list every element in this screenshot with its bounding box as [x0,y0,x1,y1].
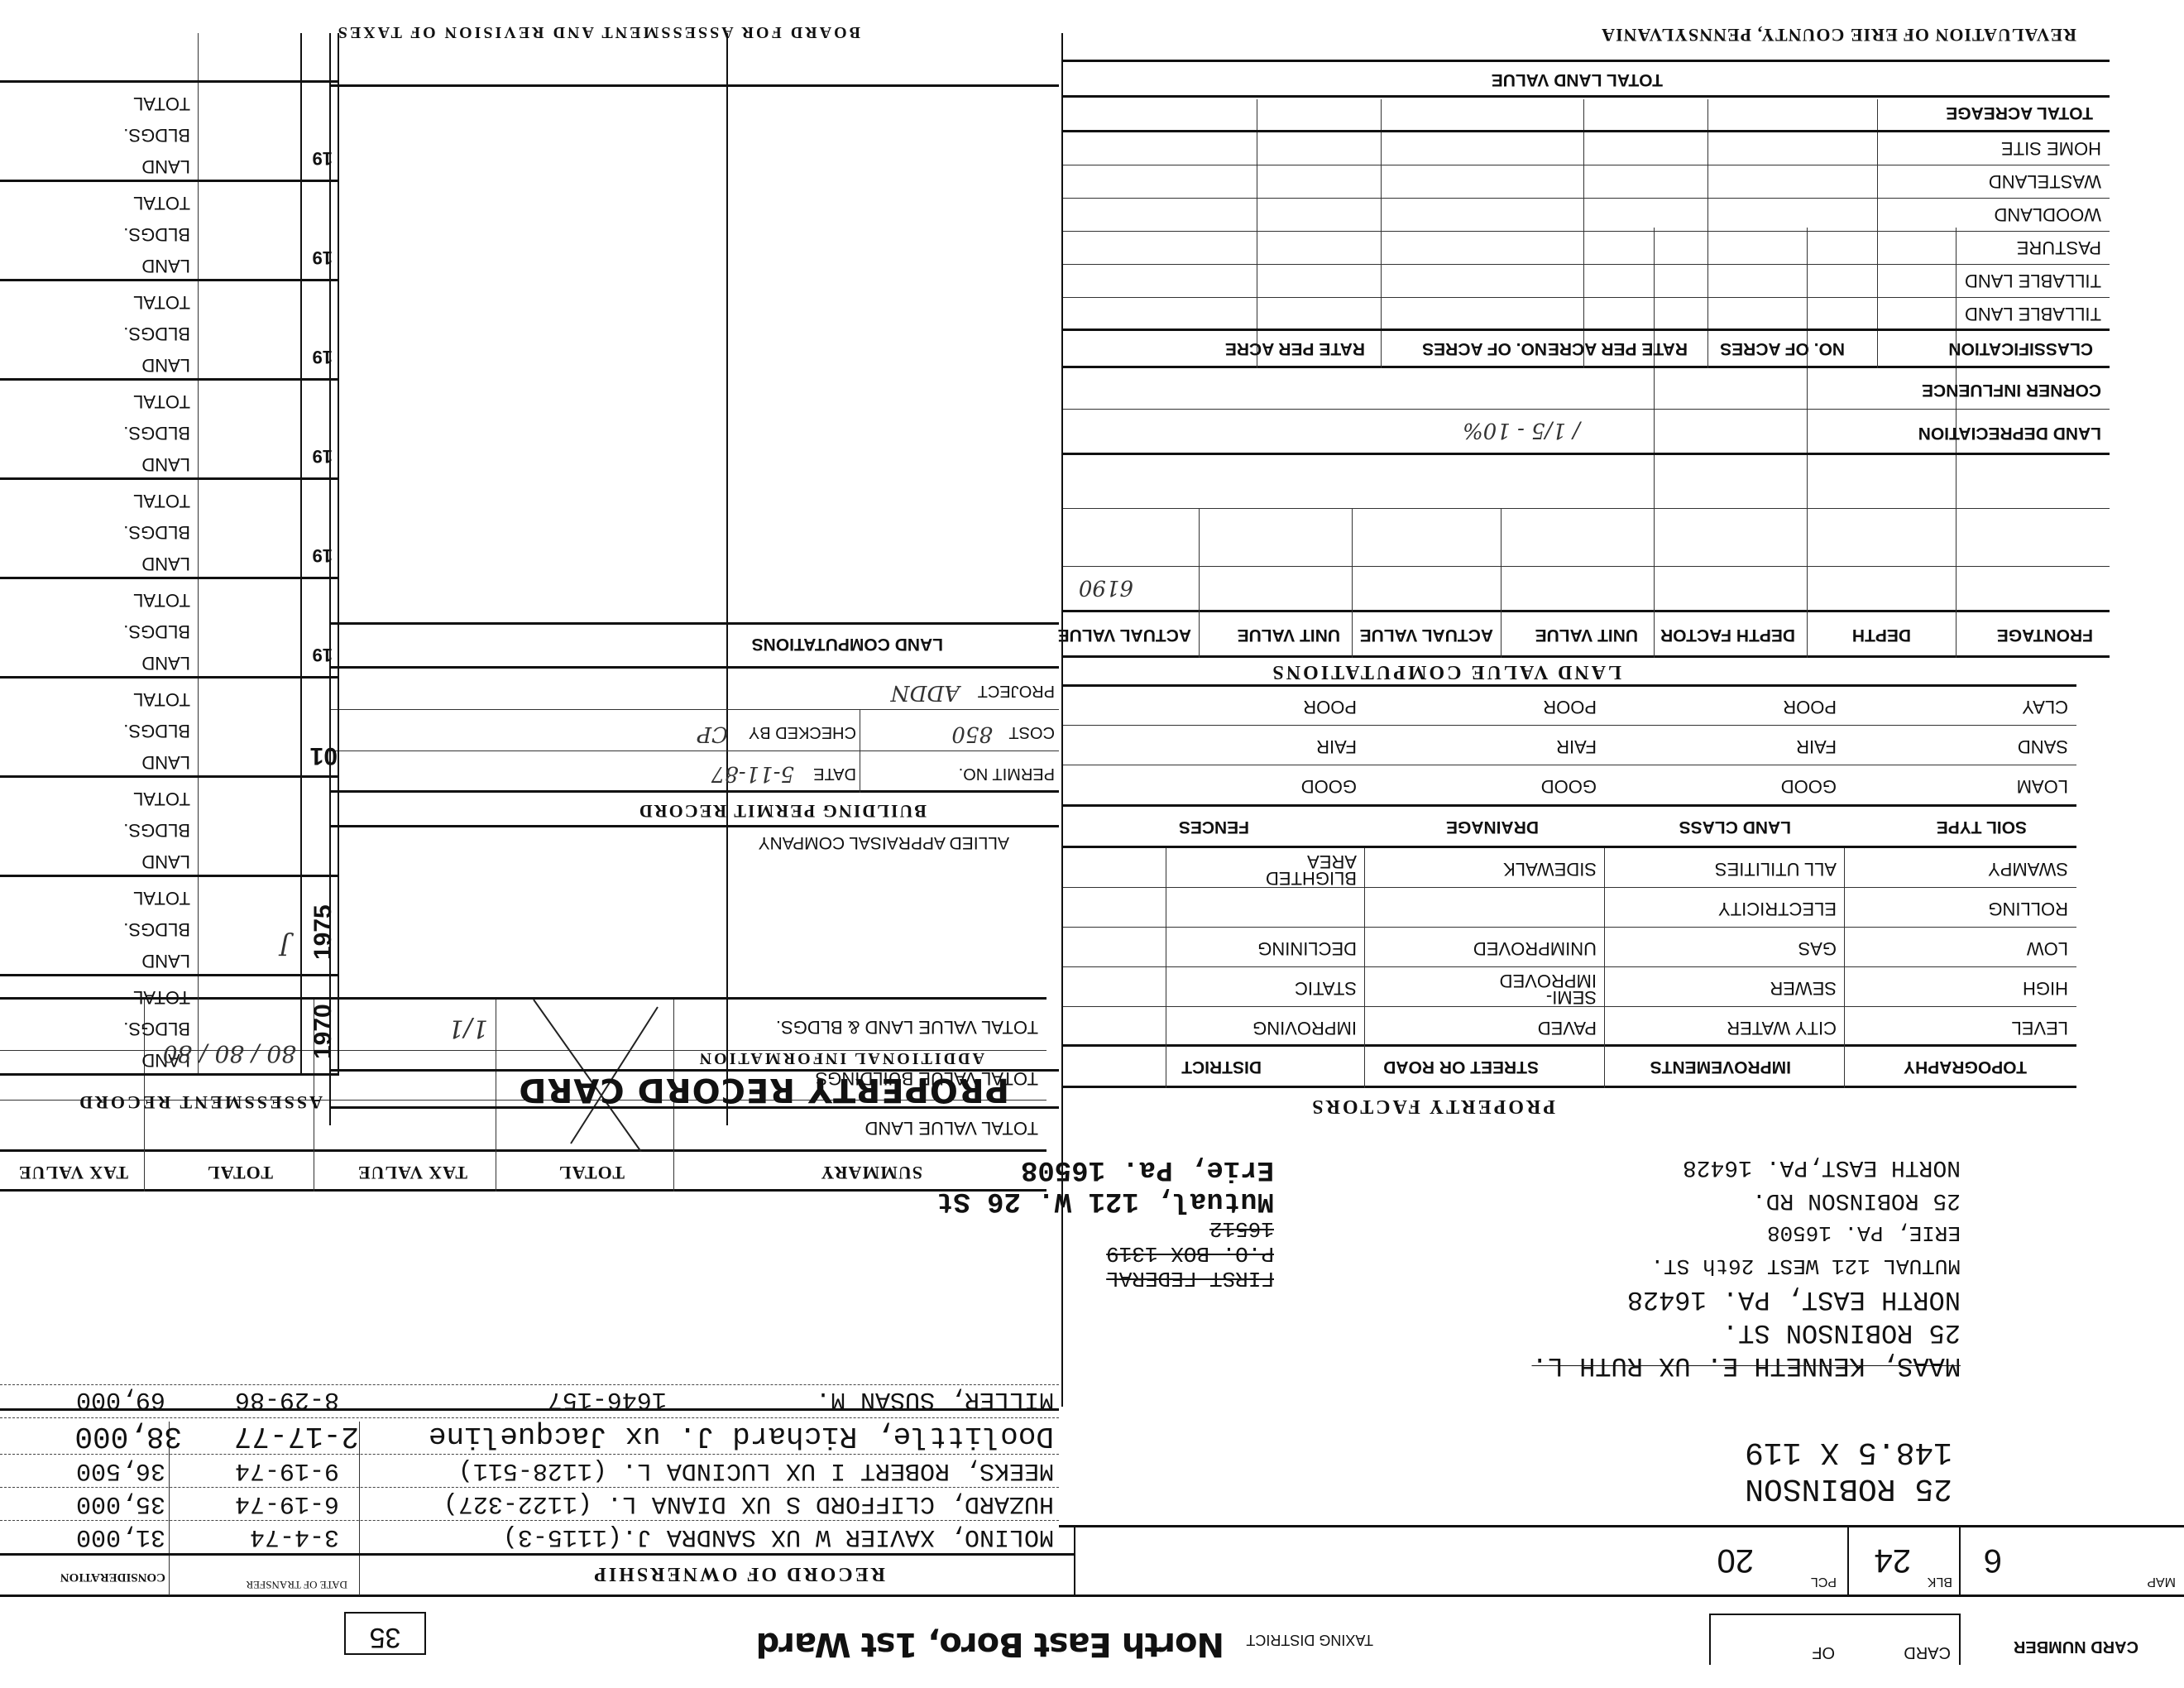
box-number: 35 [344,1612,426,1655]
date-of-transfer-header: DATE OF TRANSFER [265,1579,347,1590]
card-label: CARD [1904,1642,1951,1662]
card-of-box[interactable]: CARD OF [1709,1614,1961,1665]
ownership-title: RECORD OF OWNERSHIP [591,1562,885,1585]
blk-label: BLK [1928,1574,1952,1589]
map-value[interactable]: 6 [1984,1542,2002,1579]
assessment-title: ASSESSMENT RECORD [77,1091,323,1113]
assessment-marks: J [280,931,290,960]
building-permit-table: PERMIT NO. DATE 5-11-87 COST 850 CHECKED… [331,669,1059,793]
acreage-rows: TILLABLE LAND TILLABLE LAND PASTURE WOOD… [1063,50,2110,331]
permit-cost-value[interactable]: 850 [951,722,993,746]
property-factors-title: PROPERTY FACTORS [1310,1095,1555,1117]
land-value-title: LAND VALUE COMPUTATIONS [1270,660,1621,683]
additional-info-notes[interactable]: 1/1 [448,1014,488,1043]
property-factors-table: TOPOGRAPHY IMPROVEMENTS STREET OR ROAD D… [1063,650,2076,1088]
handwritten-total: 6190 [1079,575,1133,600]
table-row: MOLINO, XAVIER W UX SANDRA J.(1115-3) 3-… [0,1520,1059,1554]
pcl-label: PCL [1811,1574,1837,1589]
additional-info-title: ADDITIONAL INFORMATION [697,1048,984,1067]
checked-by-value[interactable]: CP [697,722,728,746]
land-computations-title: LAND COMPUTATIONS [752,634,943,654]
assessment-table: LAND BLDGS. TOTAL LAND BLDGS. TOTAL LAND… [0,33,339,1076]
table-row: Doolittle, Richard J. ux Jacqueline 2-17… [0,1417,1059,1455]
permit-date-value[interactable]: 5-11-87 [711,761,794,786]
blk-value[interactable]: 24 [1875,1542,1912,1579]
building-permit-title: BUILDING PERMIT RECORD [638,800,927,822]
card-number-label: CARD NUMBER [2014,1638,2138,1655]
assessment-year: 1970 [309,1004,338,1059]
property-location: 25 ROBINSON 148.5 X 119 [1745,1433,1952,1506]
owner-mailing-block: MAAS, KENNETH E. UX RUTH L. 25 ROBINSON … [1532,1150,1961,1382]
taxing-district-label: TAXING DISTRICT [1274,1631,1373,1648]
assessment-year: 01 [310,741,338,770]
assessment-marks: 80 / 80 / 80 [163,1040,296,1067]
card-title: PROPERTY RECORD CARD [518,1071,1009,1109]
property-record-card: CARD NUMBER CARD OF TAXING DISTRICT Nort… [0,0,2184,1688]
board-footer: BOARD FOR ASSESSMENT AND REVISION OF TAX… [336,22,860,41]
of-label: OF [1812,1642,1835,1662]
assessment-year: 1975 [309,904,338,960]
table-row: MEEKS, ROBERT I UX LUCINDA L. (1128-511)… [0,1454,1059,1488]
revaluation-footer: REVALUATION OF ERIE COUNTY, PENNSYLVANIA [1601,24,2076,46]
pcl-value[interactable]: 20 [1717,1542,1755,1579]
table-row: MILLER, SUSAN M. 1646-157 8-29-86 69,000 [0,1384,1059,1418]
depreciation-note: / 1/5 - 10% [1463,418,1580,443]
consideration-header: CONSIDERATION [60,1570,165,1584]
map-label: MAP [2147,1574,2176,1589]
allied-appraisal-label: ALLIED APPRAISAL COMPANY [759,832,1009,852]
project-value[interactable]: ADDN [891,680,960,705]
table-row: HUZARD, CLIFFORD S UX DIANA L. (1122-327… [0,1487,1059,1521]
taxing-district-value: North East Boro, 1st Ward [757,1625,1224,1663]
